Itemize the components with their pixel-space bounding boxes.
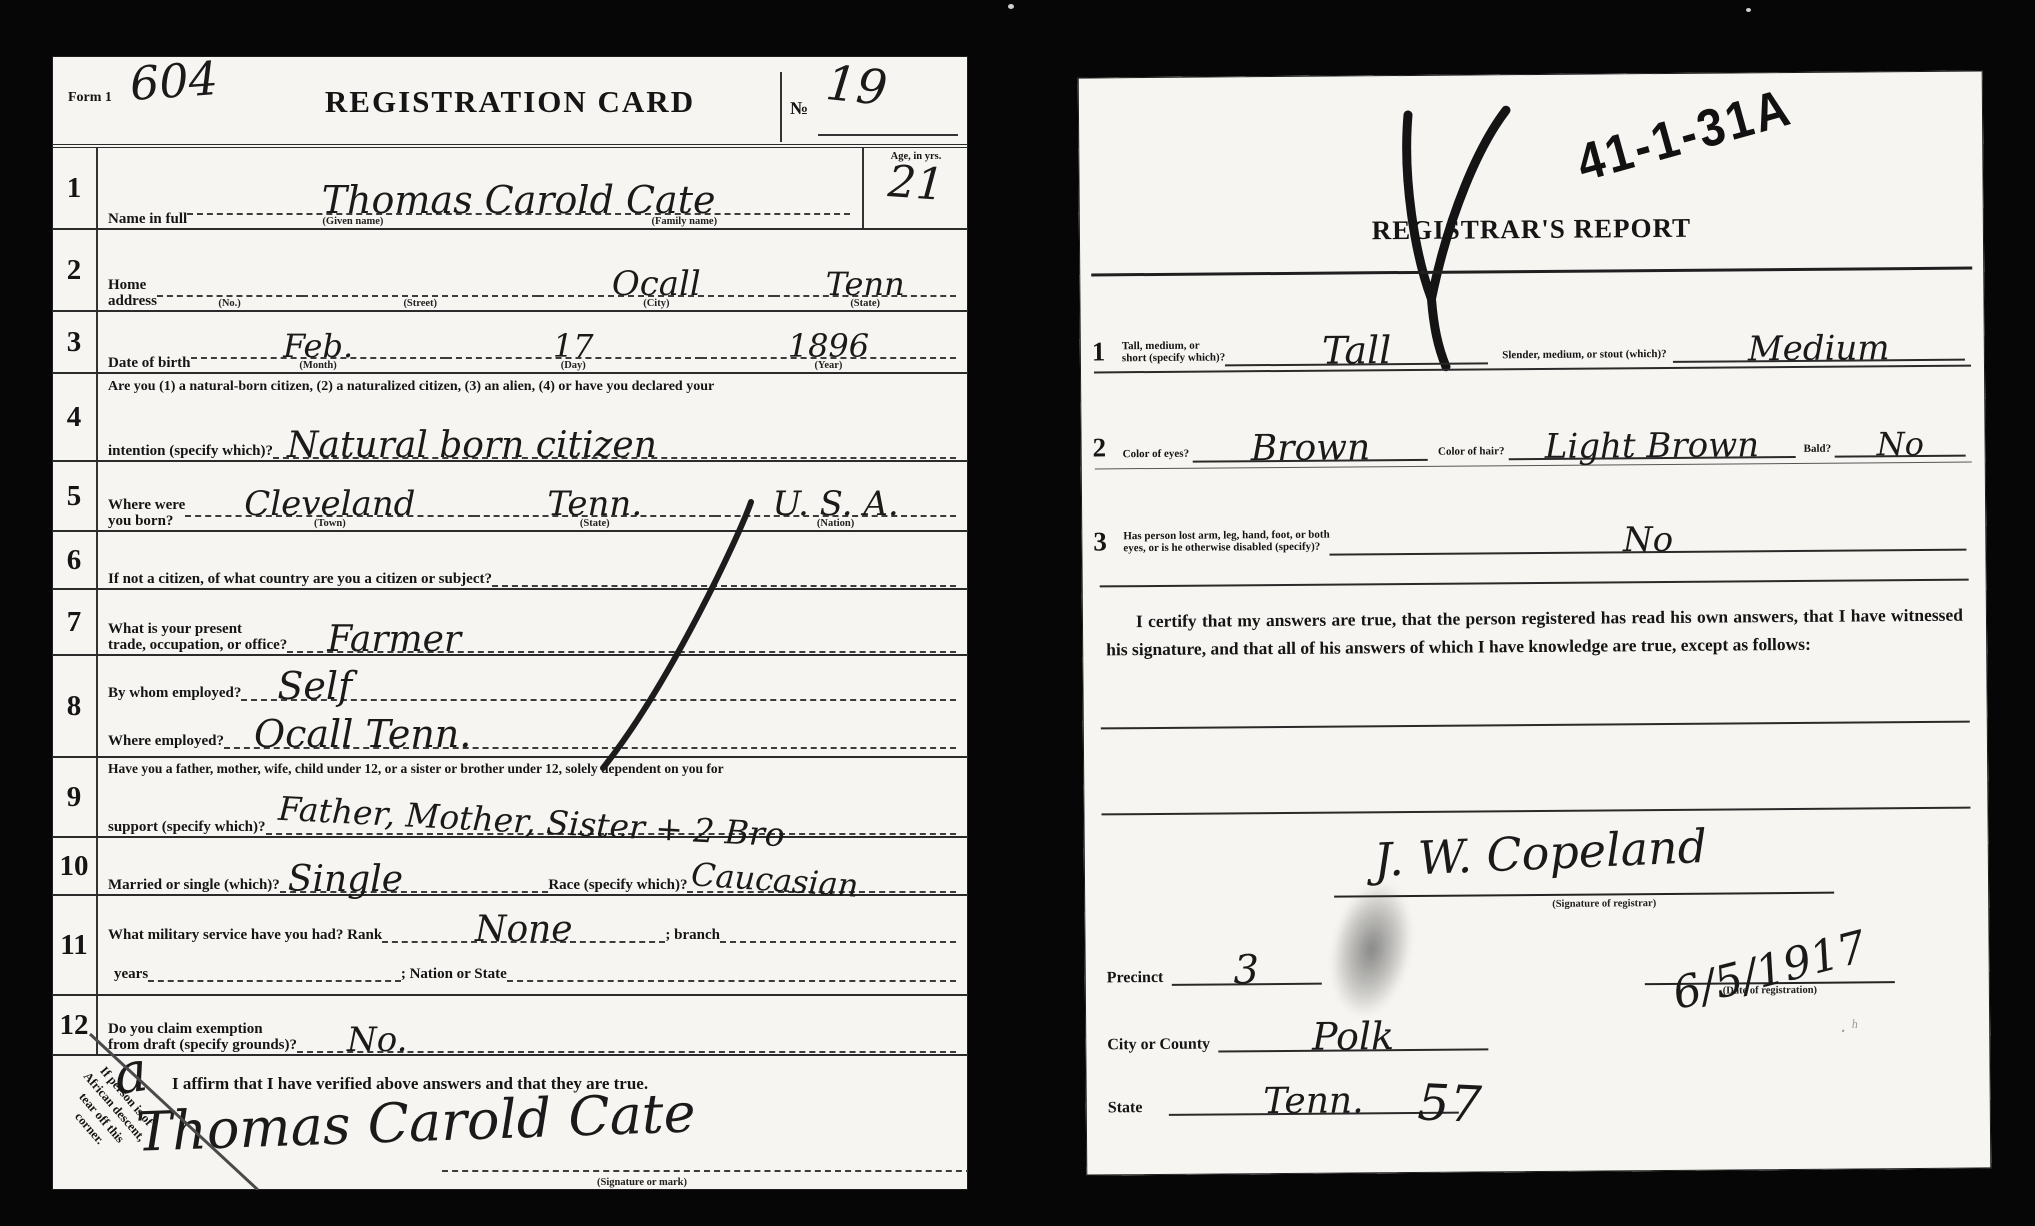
hair-value: Light Brown (1545, 425, 1760, 467)
row-number: 3 (1093, 526, 1123, 557)
report-row-disability: 3 Has person lost arm, leg, hand, foot, … (1081, 462, 1987, 559)
cap-street: (Street) (302, 297, 538, 309)
row-employer: 8 By whom employed? Self Where employed?… (52, 656, 968, 758)
dob-label: Date of birth (108, 355, 191, 371)
military-label: What military service have you had? Rank (108, 927, 382, 943)
precinct-field: Precinct 3 (1107, 947, 1467, 987)
exemption-label: Do you claim exemption (108, 1021, 263, 1037)
occupation-label: What is your present (108, 621, 242, 637)
row-number: 6 (52, 532, 98, 588)
dob-day: 17 (553, 327, 594, 365)
dob-month: Feb. (283, 327, 353, 365)
row-number: 10 (52, 838, 98, 894)
report-row-build: 1 Tall, medium, or short (specify which)… (1079, 274, 1985, 369)
signature-line (442, 1170, 968, 1172)
home-address-label: Home (108, 277, 146, 293)
row-number: 7 (52, 590, 98, 654)
married-label: Married or single (which)? (108, 877, 280, 893)
county-value: Polk (1312, 1014, 1394, 1059)
row-number: 8 (52, 656, 98, 756)
row-occupation: 7 What is your present trade, occupation… (52, 590, 968, 656)
build-label-b: Slender, medium, or stout (which)? (1488, 348, 1673, 364)
disability-value: No (1623, 520, 1674, 560)
dob-year: 1896 (788, 327, 869, 365)
military-rank-value: None (475, 909, 573, 950)
dependents-question-line1: Have you a father, mother, wife, child u… (108, 762, 956, 777)
born-state-value: Tenn. (547, 484, 642, 524)
name-value: Thomas Carold Cate (322, 178, 716, 222)
age-value: 21 (887, 163, 945, 204)
blank-line (1101, 721, 1970, 730)
state-label: State (1108, 1099, 1143, 1117)
registrar-signature: J. W. Copeland (1373, 827, 1708, 880)
scan-artifact (1746, 8, 1751, 12)
row-number: 4 (52, 374, 98, 460)
page-number: 57 (1417, 1081, 1482, 1126)
precinct-label: Precinct (1107, 969, 1164, 987)
exemption-value: No. (347, 1020, 407, 1060)
county-label: City or County (1107, 1035, 1210, 1053)
scan-artifact (1008, 4, 1014, 9)
serial-number-handwritten: 19 (824, 63, 889, 110)
row-number: 9 (52, 758, 98, 836)
citizenship-question-line1: Are you (1) a natural-born citizen, (2) … (108, 379, 956, 394)
row-number: 2 (52, 230, 98, 310)
report-row-coloring: 2 Color of eyes? Brown Color of hair? Li… (1080, 366, 1986, 465)
precinct-value: 3 (1233, 947, 1259, 993)
occupation-value: Farmer (327, 619, 461, 660)
row-exemption: 12 Do you claim exemption from draft (sp… (52, 996, 968, 1056)
foreign-citizen-label: If not a citizen, of what country are yo… (108, 571, 492, 587)
serial-underline (818, 134, 958, 136)
citizenship-value: Natural born citizen (287, 425, 657, 466)
state-value: Tenn. (1263, 1080, 1364, 1122)
serial-label: № (790, 98, 808, 119)
report-title: REGISTRAR'S REPORT (1079, 210, 1984, 248)
employed-where-label: Where employed? (108, 733, 224, 749)
row-name: 1 Name in full Thomas Carold Cate (Given… (52, 148, 968, 230)
registrars-report-card: 41-1-31A REGISTRAR'S REPORT 1 Tall, medi… (1078, 70, 1992, 1175)
home-state-value: Tenn (826, 265, 905, 303)
born-nation-value: U. S. A. (772, 484, 898, 524)
race-label: Race (specify which)? (548, 877, 687, 893)
signature-caption: (Signature or mark) (522, 1176, 762, 1188)
employed-by-value: Self (277, 664, 352, 708)
employed-by-label: By whom employed? (108, 685, 241, 701)
row-dependents: 9 Have you a father, mother, wife, child… (52, 758, 968, 838)
bald-value: No (1877, 425, 1925, 463)
row-home-address: 2 Home address (No.) (Street) Ocall(City… (52, 230, 968, 312)
registration-date-block: 6/5/1917 (Date of registration) (1645, 951, 1895, 997)
certification-text: I certify that my answers are true, that… (1082, 580, 1988, 663)
serial-number-box: № 19 (780, 72, 962, 142)
registration-date-value: 6/5/1917 (1669, 928, 1870, 1014)
bald-label: Bald? (1796, 443, 1836, 458)
home-city-value: Ocall (612, 264, 701, 304)
born-town-value: Cleveland (244, 484, 415, 524)
branch-label: ; branch (665, 927, 720, 943)
name-label: Name in full (108, 211, 187, 227)
disability-label: Has person lost arm, leg, hand, foot, or… (1123, 528, 1329, 542)
row-where-born: 5 Where were you born? Cleveland(Town) T… (52, 462, 968, 532)
row-citizenship: 4 Are you (1) a natural-born citizen, (2… (52, 374, 968, 462)
row-number: 1 (52, 148, 98, 228)
registration-card: Form 1 604 REGISTRATION CARD № 19 1 Name… (52, 56, 968, 1190)
registrant-signature: Thomas Carold Cate (135, 1090, 696, 1155)
scanned-document: Form 1 604 REGISTRATION CARD № 19 1 Name… (0, 0, 2035, 1226)
row-date-of-birth: 3 Date of birth Feb.(Month) 17(Day) 1896… (52, 312, 968, 374)
stamp-number: 41-1-31A (1570, 75, 1798, 193)
cap-no: (No.) (157, 297, 302, 309)
citizenship-question-line2: intention (specify which)? (108, 443, 273, 459)
blank-line (1101, 807, 1970, 816)
faint-mark: . ʰ (1840, 1015, 1859, 1040)
eyes-label: Color of eyes? (1123, 448, 1194, 463)
county-field: City or County Polk (1107, 1014, 1547, 1053)
race-value: Caucasian (691, 861, 860, 900)
registrar-signature-caption: (Signature of registrar) (1504, 897, 1704, 911)
eyes-value: Brown (1251, 427, 1371, 469)
age-box: Age, in yrs. 21 (862, 148, 968, 228)
row-married-race: 10 Married or single (which)? Single Rac… (52, 838, 968, 896)
card-header: Form 1 604 REGISTRATION CARD № 19 (52, 56, 968, 148)
row-number: 1 (1092, 336, 1122, 367)
build-label: Tall, medium, or (1122, 339, 1200, 352)
employed-where-value: Ocall Tenn. (254, 712, 471, 756)
row-military-service: 11 What military service have you had? R… (52, 896, 968, 996)
hair-label: Color of hair? (1428, 446, 1509, 461)
married-value: Single (288, 859, 403, 900)
build-value: Medium (1748, 328, 1890, 369)
height-value: Tall (1322, 328, 1392, 373)
dependents-question-line2: support (specify which)? (108, 819, 266, 835)
row-number: 2 (1092, 432, 1122, 463)
nation-state-label: ; Nation or State (401, 966, 507, 982)
where-born-label: Where were (108, 497, 185, 513)
row-number: 11 (52, 896, 98, 994)
row-foreign-citizen: 6 If not a citizen, of what country are … (52, 532, 968, 590)
years-label: years (114, 966, 148, 982)
row-number: 5 (52, 462, 98, 530)
registrar-signature-block: J. W. Copeland (Signature of registrar) (1084, 838, 1990, 935)
row-number: 3 (52, 312, 98, 372)
